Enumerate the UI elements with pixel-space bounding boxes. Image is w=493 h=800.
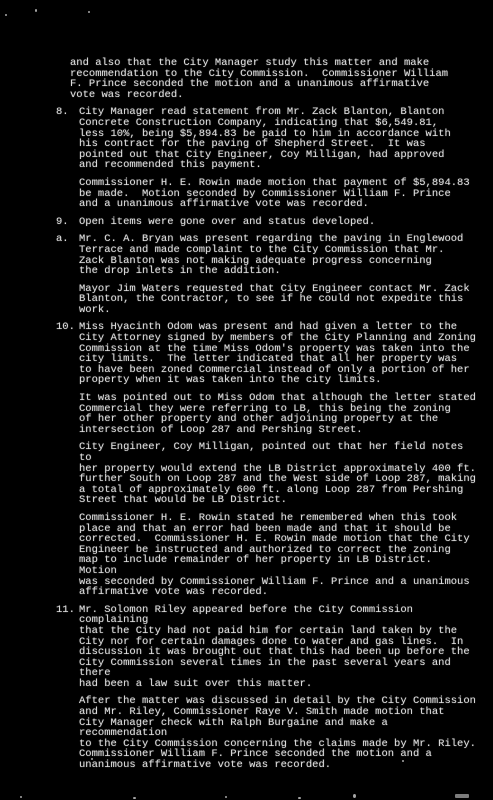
minutes-items: 8.City Manager read statement from Mr. Z…	[56, 107, 476, 777]
minutes-item: 8.City Manager read statement from Mr. Z…	[56, 107, 476, 216]
item-number: 9.	[56, 217, 79, 235]
item-paragraph: Mr. Solomon Riley appeared before the Ci…	[79, 605, 476, 690]
item-paragraph: Mayor Jim Waters requested that City Eng…	[79, 284, 476, 316]
item-paragraph: It was pointed out to Miss Odom that alt…	[79, 393, 476, 435]
item-body: Open items were gone over and status dev…	[79, 217, 476, 235]
scan-noise-speck	[20, 796, 22, 798]
item-body: Miss Hyacinth Odom was present and had g…	[79, 322, 476, 604]
scan-noise-speck	[35, 9, 37, 12]
scan-noise-speck	[88, 11, 90, 13]
item-paragraph: City Engineer, Coy Milligan, pointed out…	[79, 442, 476, 506]
scan-noise-speck	[133, 797, 136, 799]
item-paragraph: Open items were gone over and status dev…	[79, 217, 476, 228]
item-number: a.	[56, 234, 79, 322]
continuation-paragraph: and also that the City Manager study thi…	[70, 58, 476, 100]
scan-noise-speck	[455, 794, 469, 798]
item-number: 10.	[56, 322, 79, 604]
item-body: City Manager read statement from Mr. Zac…	[79, 107, 476, 216]
minutes-item: 11.Mr. Solomon Riley appeared before the…	[56, 605, 476, 778]
scanned-minutes-page: and also that the City Manager study thi…	[0, 0, 493, 800]
item-number: 11.	[56, 605, 79, 778]
item-number: 8.	[56, 107, 79, 216]
item-body: Mr. C. A. Bryan was present regarding th…	[79, 234, 476, 322]
scan-noise-speck	[402, 760, 404, 762]
document-text-layer: and also that the City Manager study thi…	[56, 58, 476, 778]
minutes-item: a.Mr. C. A. Bryan was present regarding …	[56, 234, 476, 322]
item-paragraph: Miss Hyacinth Odom was present and had g…	[79, 322, 476, 386]
scan-noise-speck	[353, 794, 356, 798]
item-paragraph: City Manager read statement from Mr. Zac…	[79, 107, 476, 171]
item-paragraph: Commissioner H. E. Rowin stated he remem…	[79, 513, 476, 598]
minutes-item: 9.Open items were gone over and status d…	[56, 217, 476, 235]
minutes-item: 10.Miss Hyacinth Odom was present and ha…	[56, 322, 476, 604]
scan-noise-speck	[5, 14, 7, 16]
item-paragraph: After the matter was discussed in detail…	[79, 696, 476, 770]
scan-noise-speck	[91, 758, 93, 760]
item-body: Mr. Solomon Riley appeared before the Ci…	[79, 605, 476, 778]
item-paragraph: Mr. C. A. Bryan was present regarding th…	[79, 234, 476, 276]
item-paragraph: Commissioner H. E. Rowin made motion tha…	[79, 178, 476, 210]
scan-noise-speck	[298, 797, 301, 799]
scan-noise-speck	[225, 796, 227, 798]
